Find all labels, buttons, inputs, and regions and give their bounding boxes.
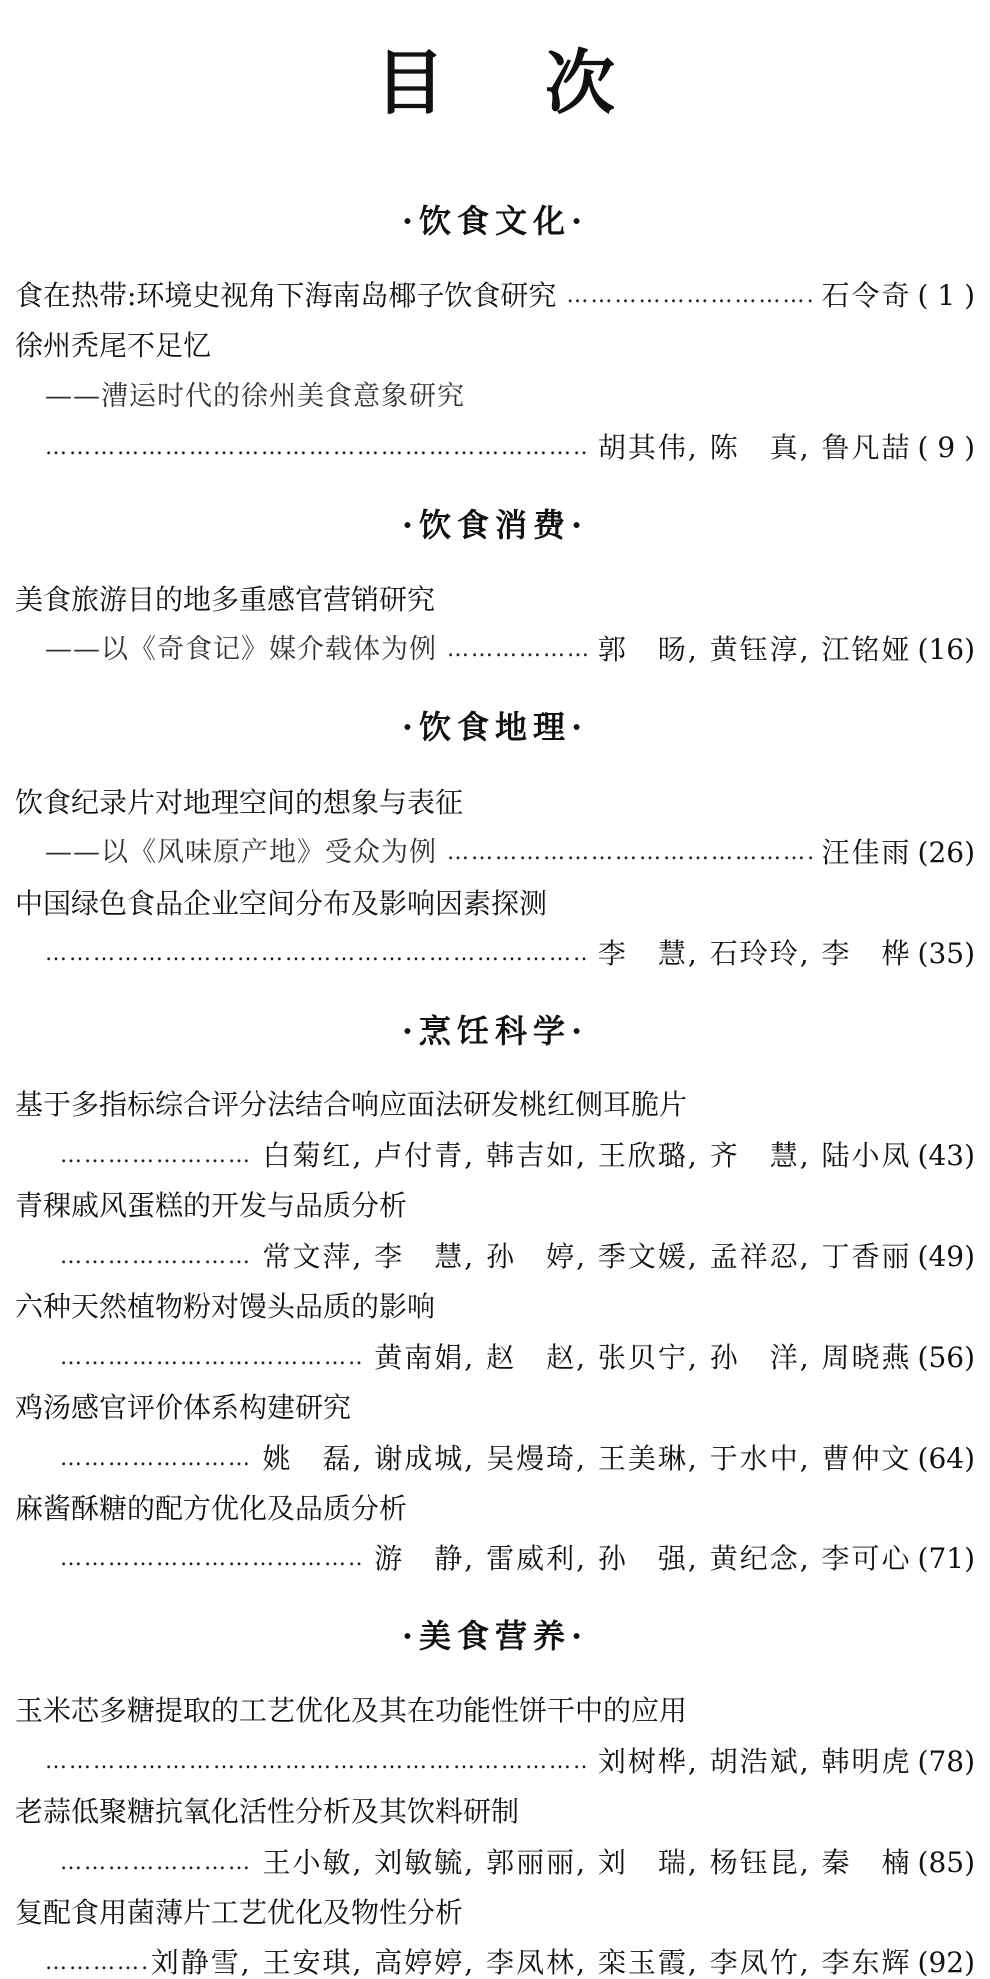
article-authors: 姚 磊, 谢成城, 吴熳琦, 王美琳, 于水中, 曹仲文 <box>263 1439 912 1479</box>
toc-entry-authors-line: ……………………………………………………………………………………………… 李 慧… <box>45 934 975 974</box>
page-number: (64) <box>918 1439 975 1479</box>
toc-entry[interactable]: 美食旅游目的地多重感官营销研究 <box>15 580 975 620</box>
page-number: (35) <box>918 934 975 974</box>
toc-entry-authors-line: ……………………………………………………………………………………………… 刘树桦… <box>45 1742 975 1782</box>
page-number: (71) <box>918 1539 975 1579</box>
page-number: ( 1 ) <box>918 276 975 316</box>
toc-entry-authors-line: ……………………………………………………………………………………………… 黄南娟… <box>60 1338 975 1378</box>
page-number: (26) <box>918 833 975 873</box>
article-authors: 白菊红, 卢付青, 韩吉如, 王欣璐, 齐 慧, 陆小凤 <box>263 1136 912 1176</box>
toc-entry[interactable]: 鸡汤感官评价体系构建研究 <box>15 1388 975 1428</box>
article-authors: 李 慧, 石玲玲, 李 桦 <box>598 934 912 974</box>
article-title: 复配食用菌薄片工艺优化及物性分析 <box>15 1893 463 1933</box>
article-title: 老蒜低聚糖抗氧化活性分析及其饮料研制 <box>15 1792 519 1832</box>
section-heading-food-culture: ·饮食文化· <box>0 201 990 241</box>
toc-entry-authors-line: ……………………………………………………………………………………………… 常文萍… <box>60 1237 975 1277</box>
article-subtitle: ——以《奇食记》媒介载体为例 <box>45 630 437 670</box>
article-title: 六种天然植物粉对馒头品质的影响 <box>15 1287 435 1327</box>
leader-dots: ……………………………………………………………………………………………… <box>45 934 588 974</box>
article-title: 麻酱酥糖的配方优化及品质分析 <box>15 1489 407 1529</box>
section-heading-food-nutrition: ·美食营养· <box>0 1616 990 1656</box>
leader-dots: ……………………………………………………………………………………………… <box>60 1237 253 1277</box>
section-heading-culinary-science: ·烹饪科学· <box>0 1011 990 1051</box>
article-title: 徐州秃尾不足忆 <box>15 326 211 366</box>
article-title: 食在热带:环境史视角下海南岛椰子饮食研究 <box>15 276 556 316</box>
page-number: (56) <box>918 1338 975 1378</box>
toc-entry-authors-line: ……………………………………………………………………………………………… 王小敏… <box>60 1843 975 1883</box>
article-authors: 游 静, 雷威利, 孙 强, 黄纪念, 李可心 <box>374 1539 911 1579</box>
article-title: 基于多指标综合评分法结合响应面法研发桃红侧耳脆片 <box>15 1085 687 1125</box>
toc-entry[interactable]: 六种天然植物粉对馒头品质的影响 <box>15 1287 975 1327</box>
leader-dots: ……………………………………………………………………………………………… <box>566 276 811 316</box>
toc-entry-authors-line: ……………………………………………………………………………………………… 白菊红… <box>60 1136 975 1176</box>
toc-entry[interactable]: 青稞戚风蛋糕的开发与品质分析 <box>15 1186 975 1226</box>
toc-entry[interactable]: 徐州秃尾不足忆 <box>15 326 975 366</box>
article-title: 饮食纪录片对地理空间的想象与表征 <box>15 783 463 823</box>
section-heading-food-geography: ·饮食地理· <box>0 707 990 747</box>
leader-dots: ……………………………………………………………………………………………… <box>45 1742 588 1782</box>
article-authors: 常文萍, 李 慧, 孙 婷, 季文媛, 孟祥忍, 丁香丽 <box>263 1237 912 1277</box>
toc-entry-authors-line: ……………………………………………………………………………………………… 胡其伟… <box>45 428 975 468</box>
toc-entry[interactable]: 基于多指标综合评分法结合响应面法研发桃红侧耳脆片 <box>15 1085 975 1125</box>
toc-entry-subtitle: ——以《风味原产地》受众为例 …………………………………………………………………… <box>45 833 975 873</box>
toc-entry-authors-line: ……………………………………………………………………………………………… 姚 磊… <box>60 1439 975 1479</box>
article-title: 鸡汤感官评价体系构建研究 <box>15 1388 351 1428</box>
page-number: (92) <box>918 1943 975 1979</box>
leader-dots: ……………………………………………………………………………………………… <box>447 833 812 873</box>
toc-entry[interactable]: 玉米芯多糖提取的工艺优化及其在功能性饼干中的应用 <box>15 1691 975 1731</box>
page-number: (49) <box>918 1237 975 1277</box>
page-number: (78) <box>918 1742 975 1782</box>
toc-entry[interactable]: 食在热带:环境史视角下海南岛椰子饮食研究 …………………………………………………… <box>15 276 975 316</box>
article-authors: 王小敏, 刘敏毓, 郭丽丽, 刘 瑞, 杨钰昆, 秦 楠 <box>263 1843 912 1883</box>
article-authors: 石令奇 <box>822 276 912 316</box>
article-authors: 黄南娟, 赵 赵, 张贝宁, 孙 洋, 周晓燕 <box>374 1338 911 1378</box>
page-title: 目次 <box>0 40 990 126</box>
page-number: ( 9 ) <box>918 428 975 468</box>
toc-entry-subtitle: ——以《奇食记》媒介载体为例 …………………………………………………………………… <box>45 630 975 670</box>
toc-entry-subtitle: ——漕运时代的徐州美食意象研究 <box>45 377 975 417</box>
article-title: 玉米芯多糖提取的工艺优化及其在功能性饼干中的应用 <box>15 1691 687 1731</box>
toc-entry[interactable]: 老蒜低聚糖抗氧化活性分析及其饮料研制 <box>15 1792 975 1832</box>
article-title: 美食旅游目的地多重感官营销研究 <box>15 580 435 620</box>
leader-dots: ……………………………………………………………………………………………… <box>45 428 588 468</box>
leader-dots: ……………………………………………………………………………………………… <box>60 1338 364 1378</box>
toc-entry-authors-line: ……………………………………………………………………………………………… 游 静… <box>60 1539 975 1579</box>
article-authors: 刘静雪, 王安琪, 高婷婷, 李凤林, 栾玉霞, 李凤竹, 李东辉 <box>151 1943 912 1979</box>
toc-entry[interactable]: 复配食用菌薄片工艺优化及物性分析 <box>15 1893 975 1933</box>
article-authors: 胡其伟, 陈 真, 鲁凡喆 <box>598 428 912 468</box>
leader-dots: ……………………………………………………………………………………………… <box>45 1943 149 1979</box>
toc-entry-authors-line: ……………………………………………………………………………………………… 刘静雪… <box>45 1943 975 1979</box>
page-number: (16) <box>918 630 975 670</box>
leader-dots: ……………………………………………………………………………………………… <box>60 1136 253 1176</box>
leader-dots: ……………………………………………………………………………………………… <box>60 1439 253 1479</box>
article-title: 青稞戚风蛋糕的开发与品质分析 <box>15 1186 407 1226</box>
leader-dots: ……………………………………………………………………………………………… <box>447 630 588 670</box>
page-number: (85) <box>918 1843 975 1883</box>
article-authors: 郭 旸, 黄钰淳, 江铭娅 <box>598 630 912 670</box>
section-heading-food-consumption: ·饮食消费· <box>0 505 990 545</box>
article-authors: 汪佳雨 <box>822 833 912 873</box>
toc-entry[interactable]: 饮食纪录片对地理空间的想象与表征 <box>15 783 975 823</box>
leader-dots: ……………………………………………………………………………………………… <box>60 1539 364 1579</box>
page-number: (43) <box>918 1136 975 1176</box>
article-subtitle: ——漕运时代的徐州美食意象研究 <box>45 377 465 417</box>
leader-dots: ……………………………………………………………………………………………… <box>60 1843 253 1883</box>
toc-entry[interactable]: 中国绿色食品企业空间分布及影响因素探测 <box>15 884 975 924</box>
article-subtitle: ——以《风味原产地》受众为例 <box>45 833 437 873</box>
toc-entry[interactable]: 麻酱酥糖的配方优化及品质分析 <box>15 1489 975 1529</box>
article-title: 中国绿色食品企业空间分布及影响因素探测 <box>15 884 547 924</box>
article-authors: 刘树桦, 胡浩斌, 韩明虎 <box>598 1742 912 1782</box>
